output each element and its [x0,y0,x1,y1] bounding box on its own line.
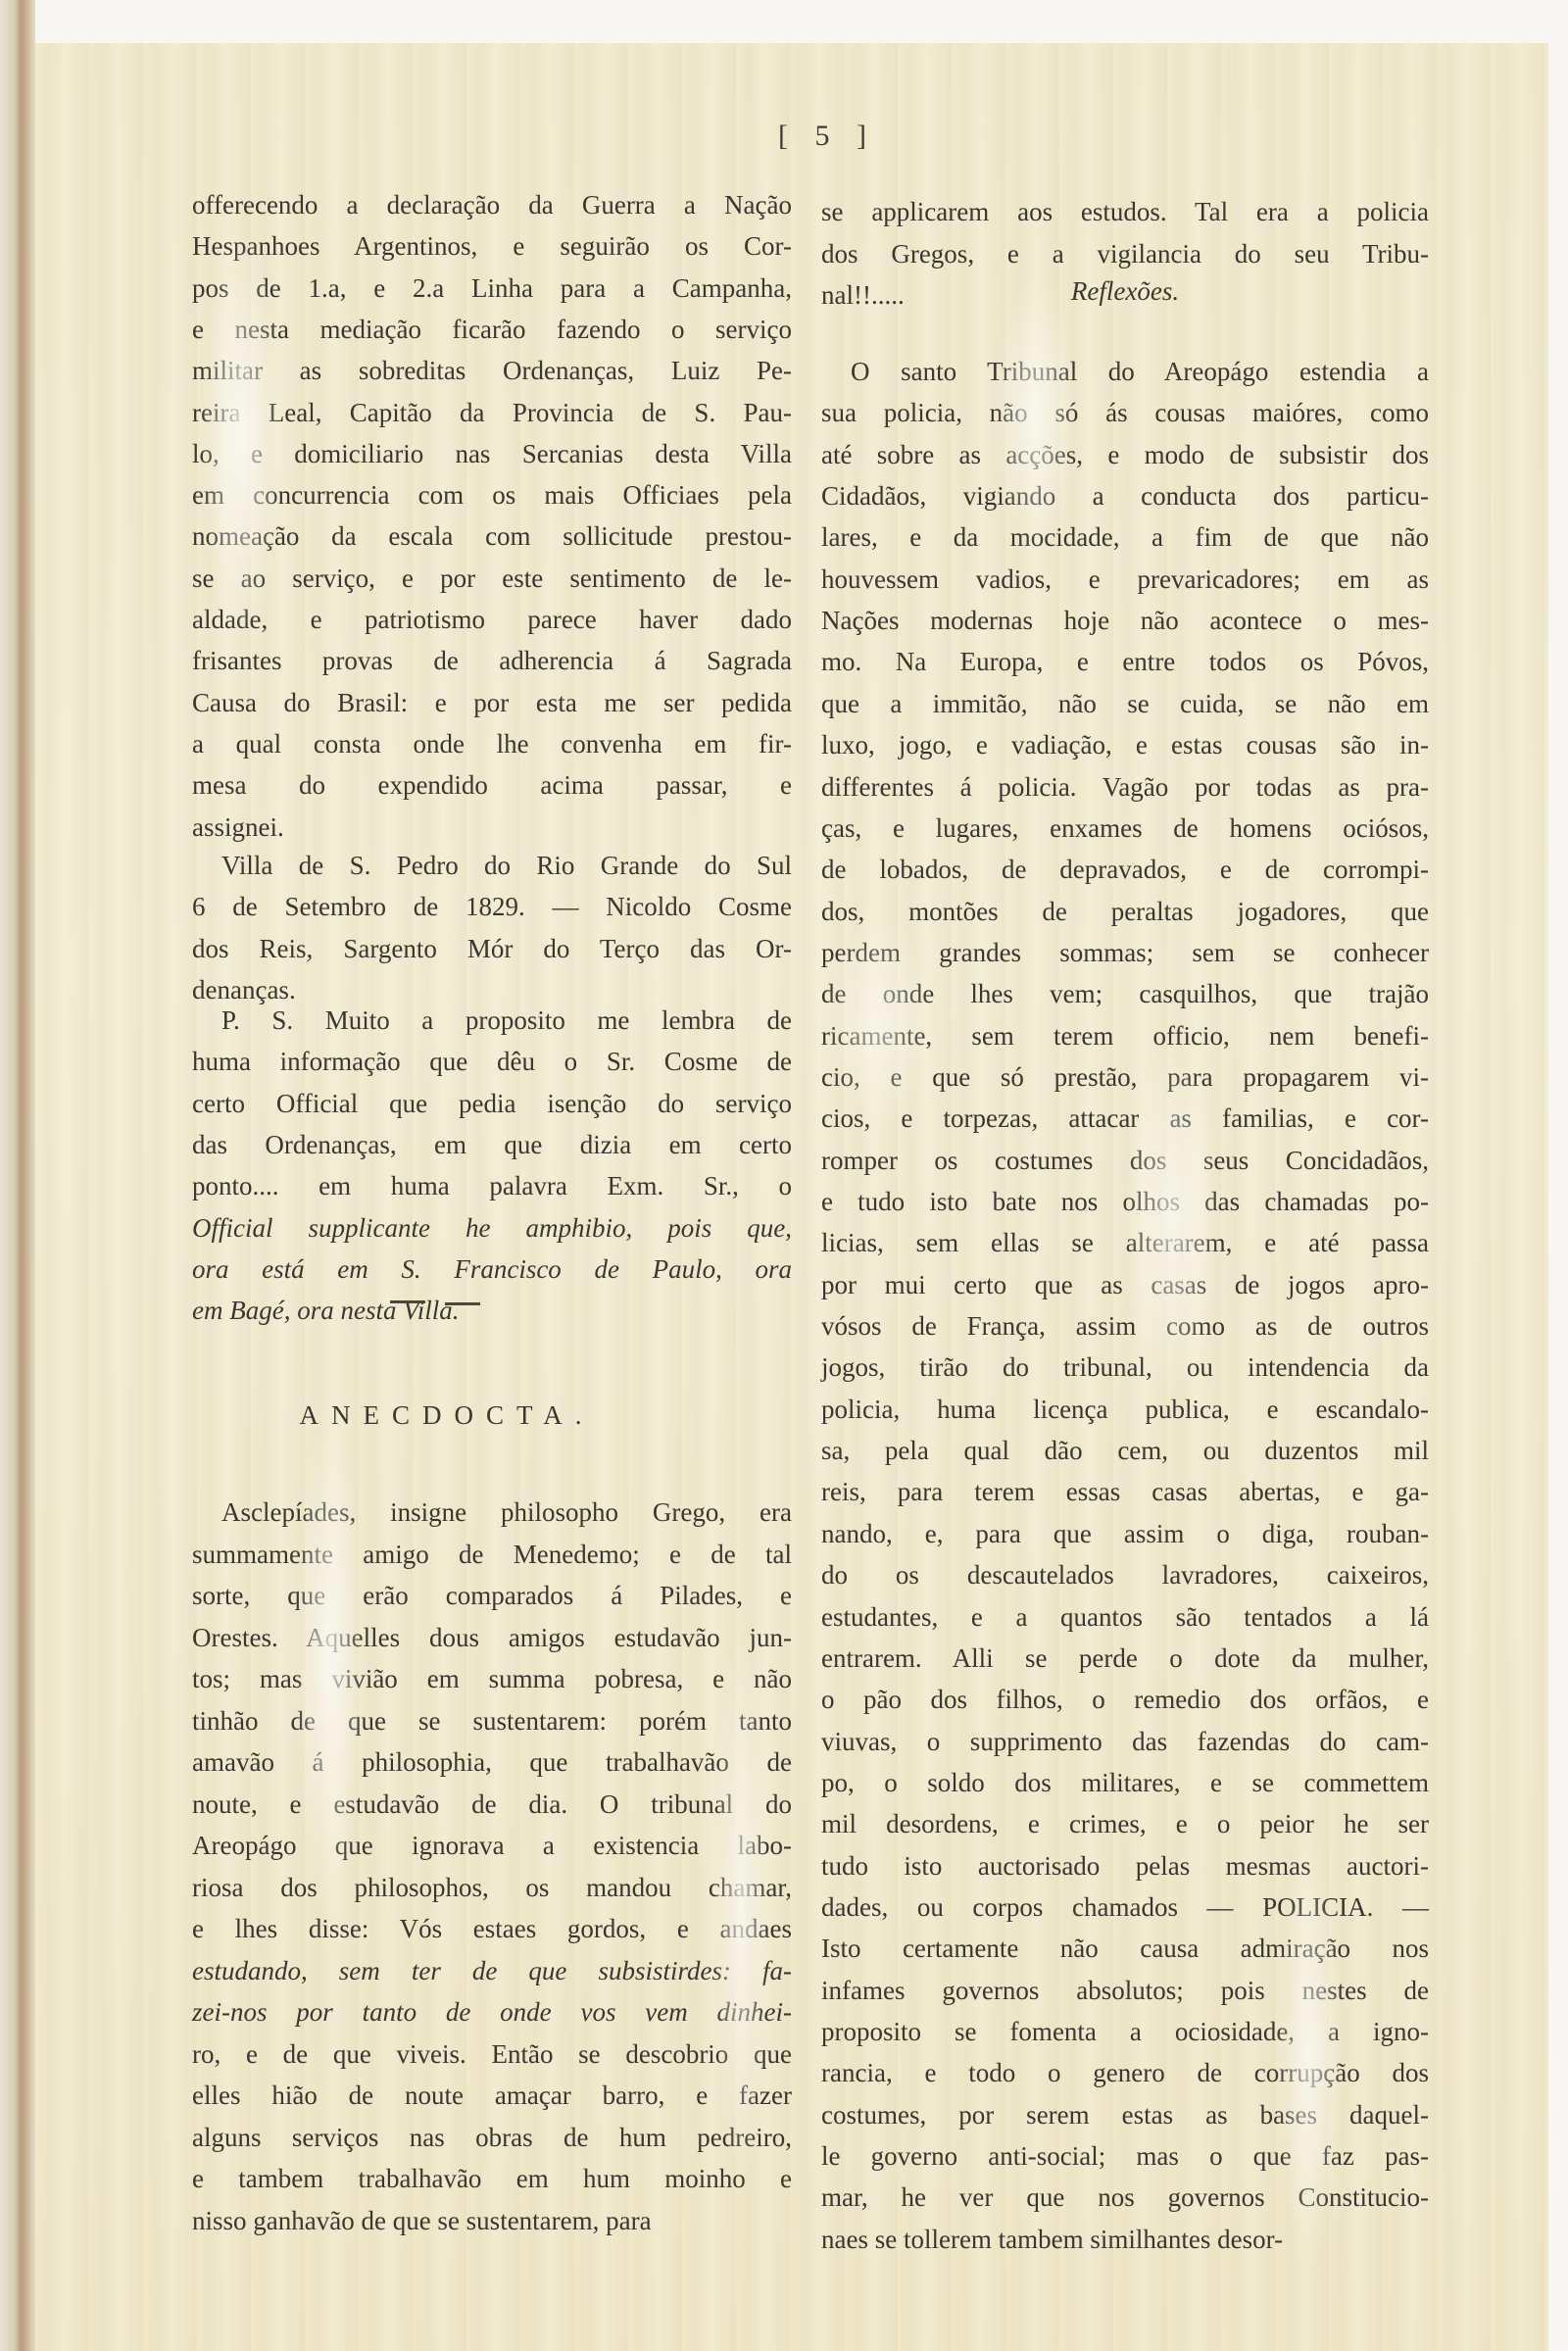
text-line: reira Leal, Capitão da Provincia de S. P… [192,396,792,429]
text-line: nisso ganhavão de que se sustentarem, pa… [192,2204,792,2237]
text-line: riosa dos philosophos, os mandou chamar, [192,1871,792,1904]
text-line: cio, e que só prestão, para propagarem v… [821,1060,1429,1094]
text-line: le governo anti-social; mas o que faz pa… [821,2139,1429,2173]
text-line: Areopágo que ignorava a existencia labo- [192,1829,792,1862]
text-line: proposito se fomenta a ociosidade, a ign… [821,2015,1429,2048]
text-line: luxo, jogo, e vadiação, e estas cousas s… [821,728,1429,761]
text-line: po, o soldo dos militares, e se commette… [821,1766,1429,1799]
text-line: Orestes. Aquelles dous amigos estudavão … [192,1621,792,1654]
text-line: mil desordens, e crimes, e o peior he se… [821,1807,1429,1840]
text-line: do os descautelados lavradores, caixeiro… [821,1558,1429,1592]
text-line: ças, e lugares, enxames de homens ocióso… [821,811,1429,845]
page-number: [ 5 ] [778,120,876,153]
text-line: denanças. [192,973,792,1006]
text-line: das Ordenanças, em que dizia em certo [192,1128,792,1161]
text-line: dos Gregos, e a vigilancia do seu Tribu- [821,237,1429,270]
text-line: ponto.... em huma palavra Exm. Sr., o [192,1169,792,1202]
text-line: jogos, tirão do tribunal, ou intendencia… [821,1350,1429,1384]
text-line: dades, ou corpos chamados — POLICIA. — [821,1890,1429,1924]
text-line: sa, pela qual dão cem, ou duzentos mil [821,1434,1429,1467]
text-line: P. S. Muito a proposito me lembra de [192,1004,792,1037]
text-line: Nações modernas hoje não acontece o mes- [821,604,1429,637]
text-line: licias, sem ellas se alterarem, e até pa… [821,1226,1429,1259]
text-line: rancia, e todo o genero de corrupção dos [821,2056,1429,2089]
section-title-reflexoes: Reflexões. [1017,276,1233,307]
text-line: offerecendo a declaração da Guerra a Naç… [192,188,792,221]
text-line: naes se tollerem tambem similhantes deso… [821,2223,1429,2256]
text-line: que a immitão, não se cuida, se não em [821,687,1429,720]
text-line: Villa de S. Pedro do Rio Grande do Sul [192,849,792,882]
text-line: ora está em S. Francisco de Paulo, ora [192,1252,792,1286]
text-line: vósos de França, assim como as de outros [821,1309,1429,1343]
text-line: entrarem. Alli se perde o dote da mulher… [821,1641,1429,1675]
text-line: o pão dos filhos, o remedio dos orfãos, … [821,1683,1429,1716]
text-line: Cidadãos, vigiando a conducta dos partic… [821,479,1429,513]
text-line: estudantes, e a quantos são tentados a l… [821,1600,1429,1634]
text-line: viuvas, o supprimento das fazendas do ca… [821,1725,1429,1758]
text-line: certo Official que pedia isenção do serv… [192,1087,792,1120]
text-line: Causa do Brasil: e por esta me ser pedid… [192,686,792,719]
text-line: elles hião de noute amaçar barro, e faze… [192,2079,792,2112]
separator-rule-2 [445,1302,480,1305]
text-line: de onde lhes vem; casquilhos, que trajão [821,977,1429,1010]
text-line: Official supplicante he amphibio, pois q… [192,1211,792,1245]
text-line: Isto certamente não causa admiração nos [821,1932,1429,1965]
text-line: alguns serviços nas obras de hum pedreir… [192,2121,792,2154]
text-line: tudo isto auctorisado pelas mesmas aucto… [821,1849,1429,1883]
text-line: amavão á philosophia, que trabalhavão de [192,1745,792,1779]
text-line: tinhão de que se sustentarem: porém tant… [192,1704,792,1738]
text-line: Asclepíades, insigne philosopho Grego, e… [192,1495,792,1529]
section-title-anecdocta: ANECDOCTA. [290,1400,604,1431]
text-line: nando, e, para que assim o diga, rouban- [821,1517,1429,1550]
text-line: costumes, por serem estas as bases daque… [821,2098,1429,2131]
text-line: de lobados, de depravados, e de corrompi… [821,853,1429,886]
text-line: e nesta mediação ficarão fazendo o servi… [192,313,792,346]
text-line: ricamente, sem terem officio, nem benefi… [821,1019,1429,1053]
text-line: se applicarem aos estudos. Tal era a pol… [821,195,1429,228]
text-line: estudando, sem ter de que subsistirdes: … [192,1954,792,1987]
text-line: frisantes provas de adherencia á Sagrada [192,644,792,677]
text-line: e lhes disse: Vós estaes gordos, e andae… [192,1912,792,1945]
text-line: zei-nos por tanto de onde vos vem dinhei… [192,1995,792,2029]
text-line: sorte, que erão comparados á Pilades, e [192,1579,792,1612]
text-line: differentes á policia. Vagão por todas a… [821,770,1429,804]
text-line: O santo Tribunal do Areopágo estendia a [821,355,1429,388]
text-line: em Bagé, ora nesta Villa. [192,1294,792,1327]
text-line: dos Reis, Sargento Mór do Terço das Or- [192,932,792,965]
text-line: e tambem trabalhavão em hum moinho e [192,2162,792,2195]
text-line: em concurrencia com os mais Officiaes pe… [192,478,792,512]
text-line: cios, e torpezas, attacar as familias, e… [821,1102,1429,1135]
text-line: nomeação da escala com sollicitude prest… [192,519,792,553]
separator-rule-1 [390,1300,425,1303]
text-line: mo. Na Europa, e entre todos os Póvos, [821,645,1429,678]
text-line: lo, e domiciliario nas Sercanias desta V… [192,437,792,470]
text-line: noute, e estudavão de dia. O tribunal do [192,1788,792,1821]
text-line: por mui certo que as casas de jogos apro… [821,1268,1429,1301]
text-line: lares, e da mocidade, a fim de que não [821,520,1429,554]
text-line: 6 de Setembro de 1829. — Nicoldo Cosme [192,890,792,923]
text-line: Hespanhoes Argentinos, e seguirão os Cor… [192,229,792,263]
text-line: mar, he ver que nos governos Constitucio… [821,2180,1429,2214]
text-line: policia, huma licença publica, e escanda… [821,1393,1429,1426]
text-line: reis, para terem essas casas abertas, e … [821,1475,1429,1508]
text-line: infames governos absolutos; pois nestes … [821,1974,1429,2007]
text-line: huma informação que dêu o Sr. Cosme de [192,1045,792,1078]
text-line: assignei. [192,810,792,844]
text-line: e tudo isto bate nos olhos das chamadas … [821,1185,1429,1218]
text-line: a qual consta onde lhe convenha em fir- [192,727,792,760]
text-line: perdem grandes sommas; sem se conhecer [821,936,1429,969]
text-line: se ao serviço, e por este sentimento de … [192,562,792,595]
text-line: summamente amigo de Menedemo; e de tal [192,1538,792,1571]
text-line: dos, montões de peraltas jogadores, que [821,895,1429,928]
text-line: romper os costumes dos seus Concidadãos, [821,1144,1429,1177]
newspaper-page: [ 5 ] offerecendo a declaração da Guerra… [35,43,1548,2351]
text-line: militar as sobreditas Ordenanças, Luiz P… [192,354,792,387]
text-line: até sobre as acções, e modo de subsistir… [821,438,1429,471]
text-line: sua policia, não só ás cousas maióres, c… [821,396,1429,429]
text-line: houvessem vadios, e prevaricadores; em a… [821,563,1429,596]
page-binding-edge [0,0,35,2351]
text-line: tos; mas vivião em summa pobresa, e não [192,1662,792,1695]
text-line: ro, e de que viveis. Então se descobrio … [192,2037,792,2071]
text-line: pos de 1.a, e 2.a Linha para a Campanha, [192,271,792,305]
text-line: mesa do expendido acima passar, e [192,768,792,802]
text-line: aldade, e patriotismo parece haver dado [192,603,792,636]
